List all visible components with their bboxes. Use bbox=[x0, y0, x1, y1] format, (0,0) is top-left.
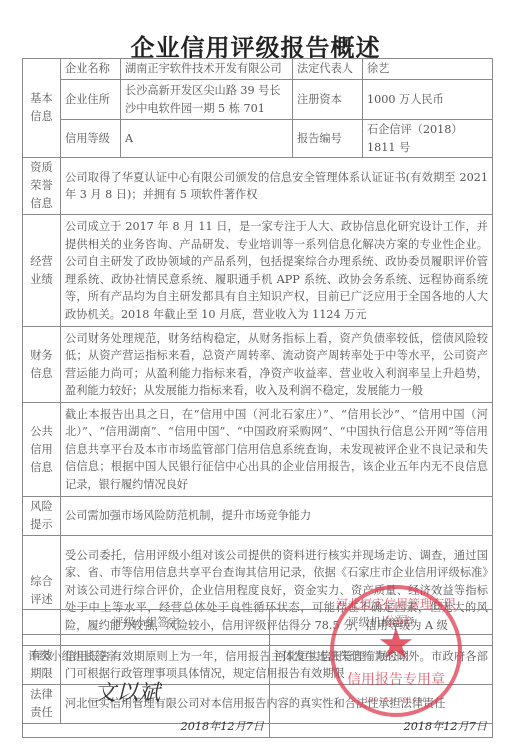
public-credit-text: 截止本报告出具之日，在“信用中国（河北石家庄）”、“信用长沙”、“信用中国（河北… bbox=[61, 403, 493, 497]
grade-value: A bbox=[121, 120, 293, 158]
team-signature-date: 2018年12月7日 bbox=[181, 718, 264, 734]
agency-stamp-cell: 河北恒实信用管理有限公司 2018年12月7日 bbox=[270, 635, 493, 738]
report-no-value: 石企信评（2018）1811 号 bbox=[363, 120, 493, 158]
company-name-value: 湖南正宇软件技术开发有限公司 bbox=[121, 59, 293, 80]
section-label-risk: 风险 提示 bbox=[23, 497, 61, 536]
rating-agency-stamp-header: 评级机构盖章 bbox=[270, 610, 493, 635]
capital-value: 1000 万人民币 bbox=[363, 80, 493, 120]
qualification-text: 公司取得了华夏认证中心有限公司颁发的信息安全管理体系认证证书(有效期至 2021… bbox=[61, 158, 493, 215]
team-signature-cell: 评级小组组长签字： 文以斌 2018年12月7日 bbox=[23, 635, 270, 738]
finance-text: 公司财务处理规范，财务结构稳定，从财务指标上看，资产负债率较低，偿债风险较低；从… bbox=[61, 327, 493, 403]
legal-rep-label: 法定代表人 bbox=[293, 59, 363, 80]
section-label-performance: 经营 业绩 bbox=[23, 215, 61, 327]
address-label: 企业住所 bbox=[61, 80, 121, 120]
grade-label: 信用等级 bbox=[61, 120, 121, 158]
section-label-public-credit: 公共 信用 信息 bbox=[23, 403, 61, 497]
agency-name: 河北恒实信用管理有限公司 bbox=[275, 648, 409, 664]
team-leader-signature-label: 评级小组组长签字： bbox=[28, 648, 129, 664]
report-no-label: 报告编号 bbox=[293, 120, 363, 158]
company-name-label: 企业名称 bbox=[61, 59, 121, 80]
section-label-basic-info: 基本 信息 bbox=[23, 59, 61, 158]
section-label-finance: 财务 信息 bbox=[23, 327, 61, 403]
agency-stamp-date: 2018年12月7日 bbox=[404, 718, 487, 734]
risk-text: 公司需加强市场风险防范机制，提升市场竞争能力 bbox=[61, 497, 493, 536]
handwritten-signature: 文以斌 bbox=[94, 676, 160, 707]
signature-table: 评级小组签字 评级机构盖章 评级小组组长签字： 文以斌 2018年12月7日 河… bbox=[22, 609, 493, 738]
address-value: 长沙高新开发区尖山路 39 号长沙中电软件园一期 5 栋 701 bbox=[121, 80, 293, 120]
rating-team-signature-header: 评级小组签字 bbox=[23, 610, 270, 635]
legal-rep-value: 徐艺 bbox=[363, 59, 493, 80]
section-label-qualification: 资质 荣誉 信息 bbox=[23, 158, 61, 215]
performance-text: 公司成立于 2017 年 8 月 11 日，是一家专注于人大、政协信息化研究设计… bbox=[61, 215, 493, 327]
capital-label: 注册资本 bbox=[293, 80, 363, 120]
